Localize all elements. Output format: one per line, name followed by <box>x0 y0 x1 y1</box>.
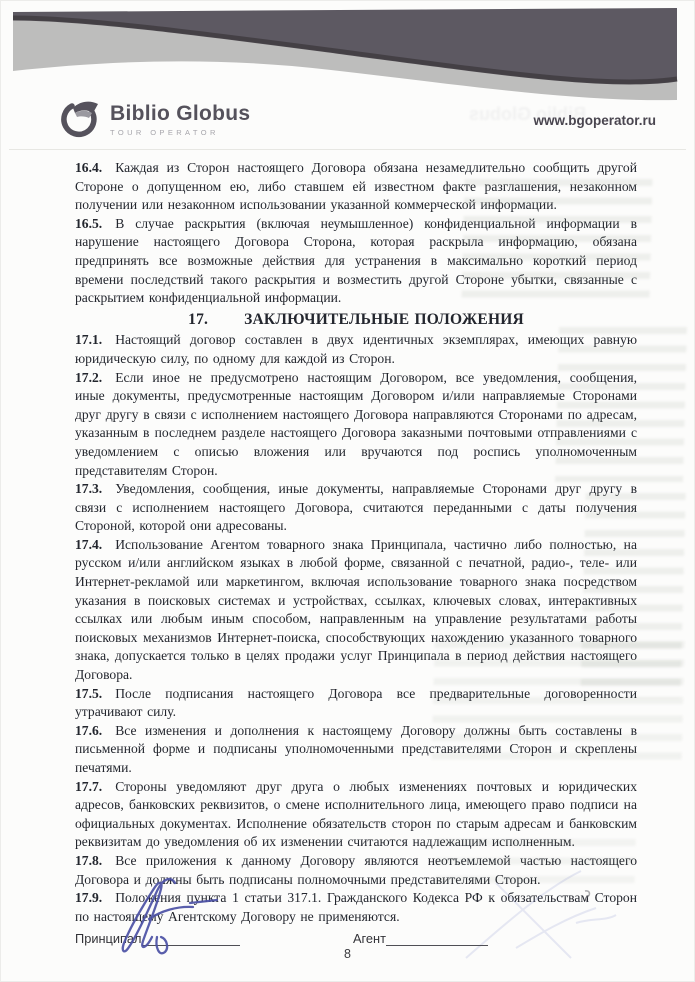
agent-signature-line <box>386 932 488 946</box>
clause-text: В случае раскрытия (включая неумышленное… <box>75 216 637 305</box>
clause-text: Все изменения и дополнения к настоящему … <box>75 723 637 775</box>
clause-text: Настоящий договор составлен в двух идент… <box>75 332 637 366</box>
section-number: 17. <box>188 311 208 328</box>
header-divider <box>9 149 686 150</box>
clause-text: Стороны уведомляют друг друга о любых из… <box>75 779 637 850</box>
clause-number: 17.7. <box>75 779 115 794</box>
clause-17-4: 17.4.Использование Агентом товарного зна… <box>75 536 637 685</box>
page-number: 8 <box>1 947 694 961</box>
clause-text: Если иное не предусмотрено настоящим Дог… <box>75 370 637 478</box>
brand-tagline: TOUR OPERATOR <box>110 128 250 137</box>
clause-number: 17.3. <box>75 481 115 496</box>
header-wave-decoration <box>1 1 695 106</box>
clause-number: 17.2. <box>75 370 115 385</box>
clause-16-4: 16.4.Каждая из Сторон настоящего Договор… <box>75 159 637 215</box>
clause-17-7: 17.7.Стороны уведомляют друг друга о люб… <box>75 778 637 852</box>
clause-text: Уведомления, сообщения, иные документы, … <box>75 481 637 533</box>
clause-number: 17.4. <box>75 537 115 552</box>
brand-block: Biblio Globus TOUR OPERATOR <box>59 98 250 142</box>
clause-text: Каждая из Сторон настоящего Договора обя… <box>75 160 637 212</box>
brand-name: Biblio Globus <box>110 103 250 125</box>
bleedthrough-logo-artifact: Biblio Globus <box>469 104 586 125</box>
clause-number: 17.6. <box>75 723 115 738</box>
clause-number: 16.5. <box>75 216 115 231</box>
clause-text: После подписания настоящего Договора все… <box>75 686 637 720</box>
agent-label: Агент <box>353 931 386 946</box>
clause-17-2: 17.2.Если иное не предусмотрено настоящи… <box>75 369 637 481</box>
agent-signature-row: Агент <box>353 931 488 946</box>
clause-17-1: 17.1.Настоящий договор составлен в двух … <box>75 331 637 368</box>
clause-17-6: 17.6.Все изменения и дополнения к настоя… <box>75 722 637 778</box>
contract-text: 16.4.Каждая из Сторон настоящего Договор… <box>75 159 637 926</box>
clause-number: 17.8. <box>75 853 115 868</box>
clause-16-5: 16.5.В случае раскрытия (включая неумышл… <box>75 215 637 308</box>
clause-number: 17.5. <box>75 686 115 701</box>
clause-17-5: 17.5.После подписания настоящего Договор… <box>75 685 637 722</box>
clause-text: Использование Агентом товарного знака Пр… <box>75 537 637 682</box>
clause-17-3: 17.3.Уведомления, сообщения, иные докуме… <box>75 480 637 536</box>
biblio-globus-logo-icon <box>59 98 101 142</box>
clause-number: 16.4. <box>75 160 115 175</box>
section-title: ЗАКЛЮЧИТЕЛЬНЫЕ ПОЛОЖЕНИЯ <box>244 311 524 328</box>
document-page: Biblio Globus TOUR OPERATOR www.bgoperat… <box>0 0 695 982</box>
clause-number: 17.1. <box>75 332 115 347</box>
section-17-heading: 17.ЗАКЛЮЧИТЕЛЬНЫЕ ПОЛОЖЕНИЯ <box>75 311 637 330</box>
